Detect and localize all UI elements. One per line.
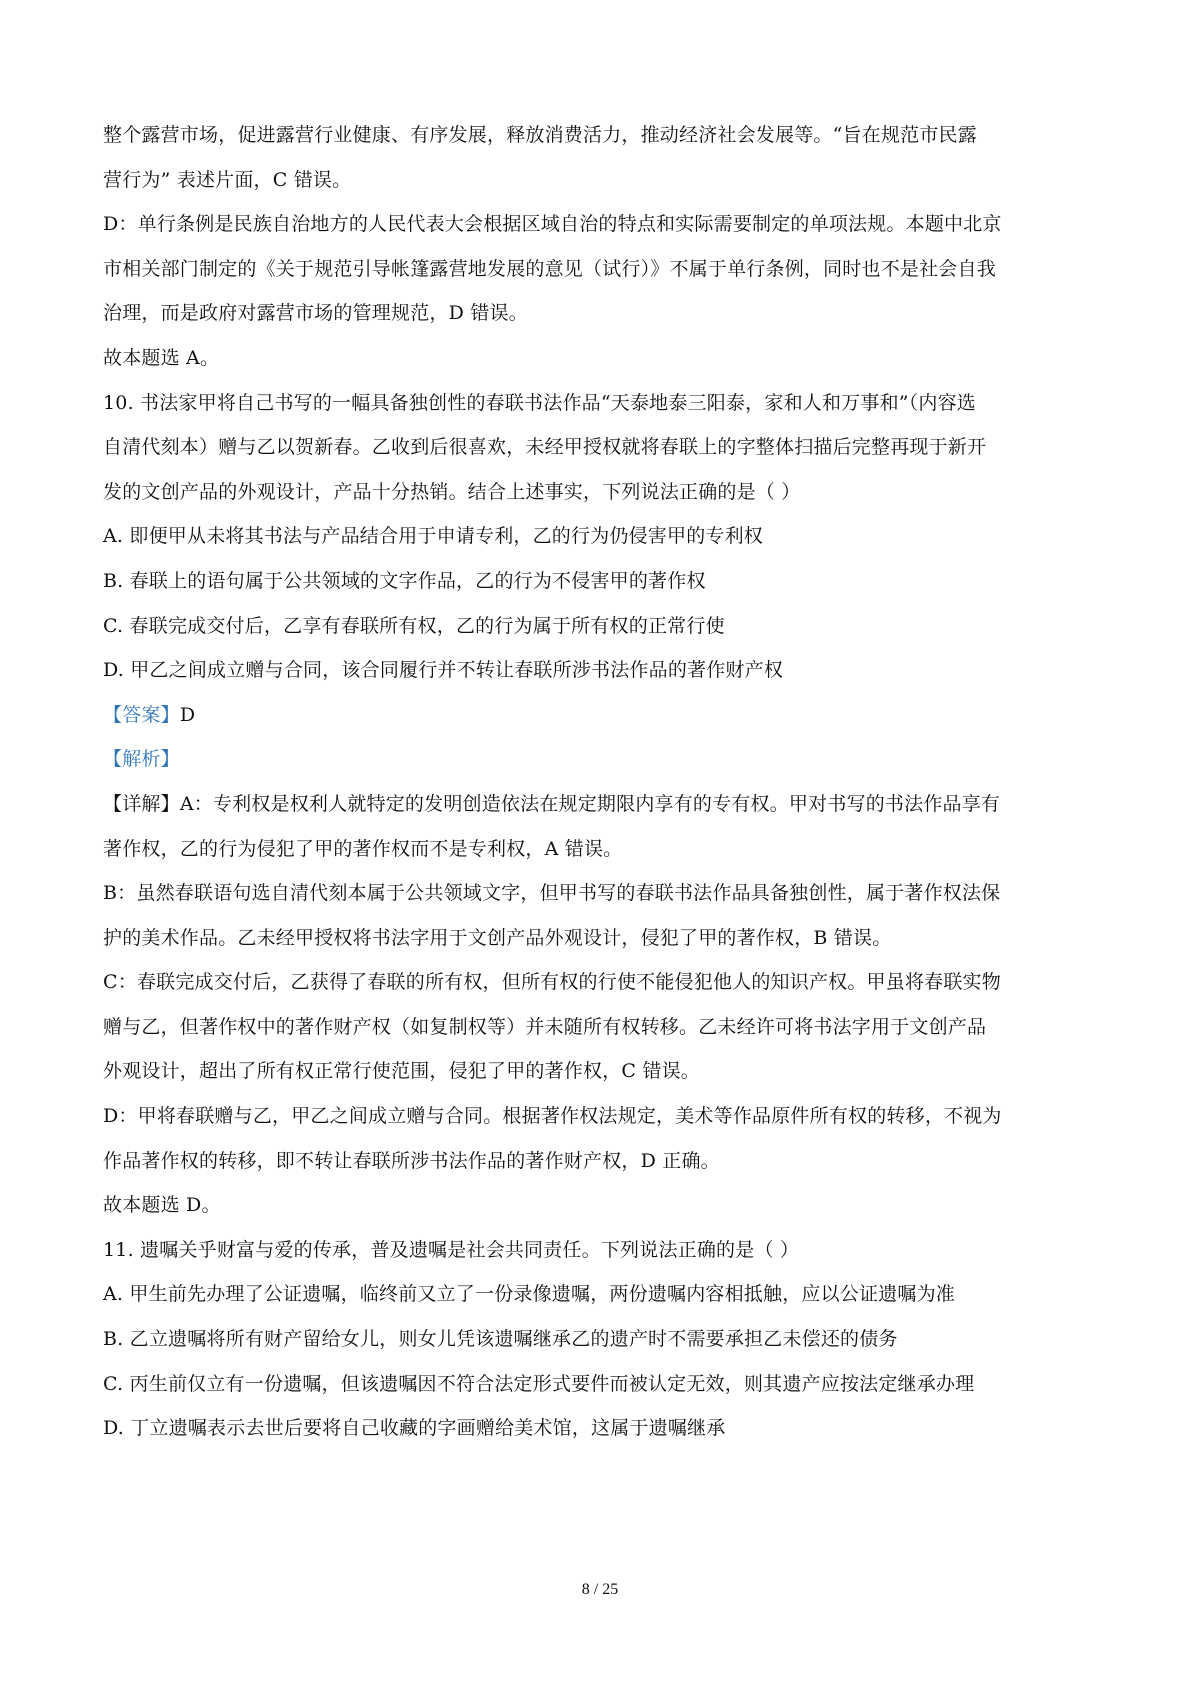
page-number: 8 / 25 — [0, 1581, 1200, 1599]
analysis-line: 【解析】 — [103, 737, 1101, 782]
analysis-label: 【解析】 — [103, 748, 180, 770]
option-c: C. 丙生前仅立有一份遗嘱，但该遗嘱因不符合法定形式要件而被认定无效，则其遗产应… — [103, 1362, 1101, 1407]
option-d: D. 甲乙之间成立赠与合同，该合同履行并不转让春联所涉书法作品的著作财产权 — [103, 648, 1101, 693]
option-a: A. 即便甲从未将其书法与产品结合用于申请专利，乙的行为仍侵害甲的专利权 — [103, 514, 1101, 559]
previous-explanation: 整个露营市场，促进露营行业健康、有序发展，释放消费活力，推动经济社会发展等。“旨… — [103, 113, 1101, 381]
option-b: B. 乙立遗嘱将所有财产留给女儿，则女儿凭该遗嘱继承乙的遗产时不需要承担乙未偿还… — [103, 1317, 1101, 1362]
text-line: D：单行条例是民族自治地方的人民代表大会根据区域自治的特点和实际需要制定的单项法… — [103, 202, 1101, 247]
document-page: 整个露营市场，促进露营行业健康、有序发展，释放消费活力，推动经济社会发展等。“旨… — [103, 113, 1101, 1451]
answer-line: 【答案】D — [103, 693, 1101, 738]
question-stem: 10. 书法家甲将自己书写的一幅具备独创性的春联书法作品“天泰地泰三阳泰，家和人… — [103, 381, 1101, 426]
question-stem: 自清代刻本）赠与乙以贺新春。乙收到后很喜欢，未经甲授权就将春联上的字整体扫描后完… — [103, 425, 1101, 470]
detail-label: 【详解】 — [103, 793, 180, 815]
option-b: B. 春联上的语句属于公共领域的文字作品，乙的行为不侵害甲的著作权 — [103, 559, 1101, 604]
question-10: 10. 书法家甲将自己书写的一幅具备独创性的春联书法作品“天泰地泰三阳泰，家和人… — [103, 381, 1101, 1228]
conclusion: 故本题选 A。 — [103, 336, 1101, 381]
text-line: B：虽然春联语句选自清代刻本属于公共领域文字，但甲书写的春联书法作品具备独创性，… — [103, 871, 1101, 916]
detail-text: A：专利权是权利人就特定的发明创造依法在规定期限内享有的专有权。甲对书写的书法作… — [180, 793, 1000, 815]
text-line: 护的美术作品。乙未经甲授权将书法字用于文创产品外观设计，侵犯了甲的著作权，B 错… — [103, 916, 1101, 961]
text-line: 赠与乙，但著作权中的著作财产权（如复制权等）并未随所有权转移。乙未经许可将书法字… — [103, 1005, 1101, 1050]
text-line: 外观设计，超出了所有权正常行使范围，侵犯了甲的著作权，C 错误。 — [103, 1049, 1101, 1094]
text-line: 著作权，乙的行为侵犯了甲的著作权而不是专利权，A 错误。 — [103, 827, 1101, 872]
detail-line: 【详解】A：专利权是权利人就特定的发明创造依法在规定期限内享有的专有权。甲对书写… — [103, 782, 1101, 827]
text-line: C：春联完成交付后，乙获得了春联的所有权，但所有权的行使不能侵犯他人的知识产权。… — [103, 960, 1101, 1005]
question-11: 11. 遗嘱关乎财富与爱的传承，普及遗嘱是社会共同责任。下列说法正确的是（ ） … — [103, 1228, 1101, 1451]
option-c: C. 春联完成交付后，乙享有春联所有权，乙的行为属于所有权的正常行使 — [103, 604, 1101, 649]
text-line: 整个露营市场，促进露营行业健康、有序发展，释放消费活力，推动经济社会发展等。“旨… — [103, 113, 1101, 158]
answer-value: D — [180, 704, 195, 726]
text-line: 营行为” 表述片面，C 错误。 — [103, 158, 1101, 203]
conclusion: 故本题选 D。 — [103, 1183, 1101, 1228]
answer-label: 【答案】 — [103, 704, 180, 726]
text-line: 市相关部门制定的《关于规范引导帐篷露营地发展的意见（试行）》不属于单行条例，同时… — [103, 247, 1101, 292]
text-line: 治理，而是政府对露营市场的管理规范，D 错误。 — [103, 291, 1101, 336]
text-line: D：甲将春联赠与乙，甲乙之间成立赠与合同。根据著作权法规定，美术等作品原件所有权… — [103, 1094, 1101, 1139]
option-d: D. 丁立遗嘱表示去世后要将自己收藏的字画赠给美术馆，这属于遗嘱继承 — [103, 1406, 1101, 1451]
question-stem: 11. 遗嘱关乎财富与爱的传承，普及遗嘱是社会共同责任。下列说法正确的是（ ） — [103, 1228, 1101, 1273]
text-line: 作品著作权的转移，即不转让春联所涉书法作品的著作财产权，D 正确。 — [103, 1139, 1101, 1184]
question-stem: 发的文创产品的外观设计，产品十分热销。结合上述事实，下列说法正确的是（ ） — [103, 470, 1101, 515]
option-a: A. 甲生前先办理了公证遗嘱，临终前又立了一份录像遗嘱，两份遗嘱内容相抵触，应以… — [103, 1272, 1101, 1317]
